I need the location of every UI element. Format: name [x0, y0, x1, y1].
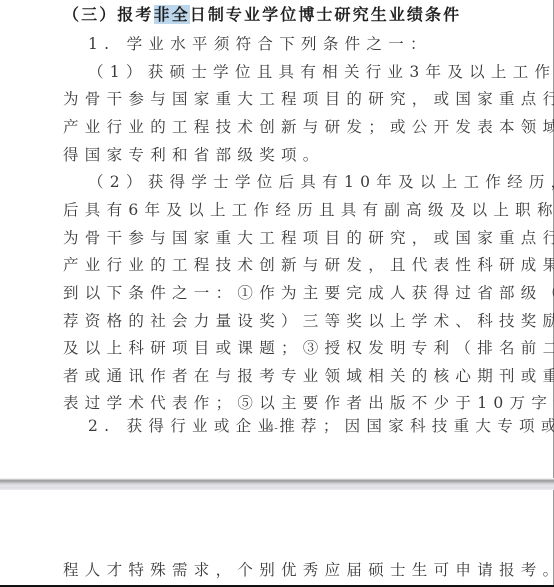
paragraph-line: 荐资格的社会力量设奖）三等奖以上学术、科技奖励；②主持省部级 — [63, 311, 554, 331]
paragraph-line: （1）获硕士学位且具有相关行业3年及以上工作经历。主持或作 — [88, 62, 554, 82]
paragraph-line: 程人才特殊需求，个别优秀应届硕士生可申请报考。 — [63, 560, 554, 580]
paragraph-line: 为骨干参与国家重大工程项目的研究，或国家重点行业、战略性新兴 — [63, 89, 554, 109]
paragraph-line: 者或通讯作者在与报考专业领域相关的核心期刊或重要学术会议上发 — [63, 366, 554, 386]
section-heading: （三）报考非全日制专业学位博士研究生业绩条件 — [63, 5, 461, 25]
page-number: -4- — [264, 423, 279, 434]
paragraph-line: 为骨干参与国家重大工程项目的研究，或国家重点行业、战略性新兴 — [63, 228, 554, 248]
selected-text-highlight[interactable]: 非全 — [154, 5, 190, 24]
paragraph-line: 1. 学业水平须符合下列条件之一： — [88, 34, 432, 54]
paragraph-line: 2. 获得行业或企业推荐；因国家科技重大专项或重大科学技术工 — [88, 416, 554, 436]
heading-suffix: 日制专业学位博士研究生业绩条件 — [190, 5, 462, 24]
paragraph-line: 得国家专利和省部级奖项。 — [63, 145, 325, 165]
paragraph-line: 产业行业的工程技术创新与研发，且代表性科研成果须在近五年内达 — [63, 255, 554, 275]
paragraph-line: 及以上科研项目或课题；③授权发明专利（排名前二）；④以第一作 — [63, 338, 554, 358]
paragraph-line: 表过学术代表作；⑤以主要作者出版不少于10万字专著一本。 — [63, 393, 554, 413]
document-page-4: （三）报考非全日制专业学位博士研究生业绩条件 1. 学业水平须符合下列条件之一：… — [0, 0, 554, 480]
paragraph-line: 产业行业的工程技术创新与研发；或公开发表本领域高水平论文；或取 — [63, 117, 554, 137]
paragraph-line: 到以下条件之一：①作为主要完成人获得过省部级（含具有国家奖推 — [63, 283, 554, 303]
paragraph-line: （2）获得学士学位后具有10年及以上工作经历，或获得学士学位 — [88, 172, 554, 192]
document-page-5: 程人才特殊需求，个别优秀应届硕士生可申请报考。 — [0, 490, 554, 587]
paragraph-line: 后具有6年及以上工作经历且具有副高级及以上职称的人员。主持或作 — [63, 200, 554, 220]
heading-prefix: （三）报考 — [63, 5, 154, 24]
